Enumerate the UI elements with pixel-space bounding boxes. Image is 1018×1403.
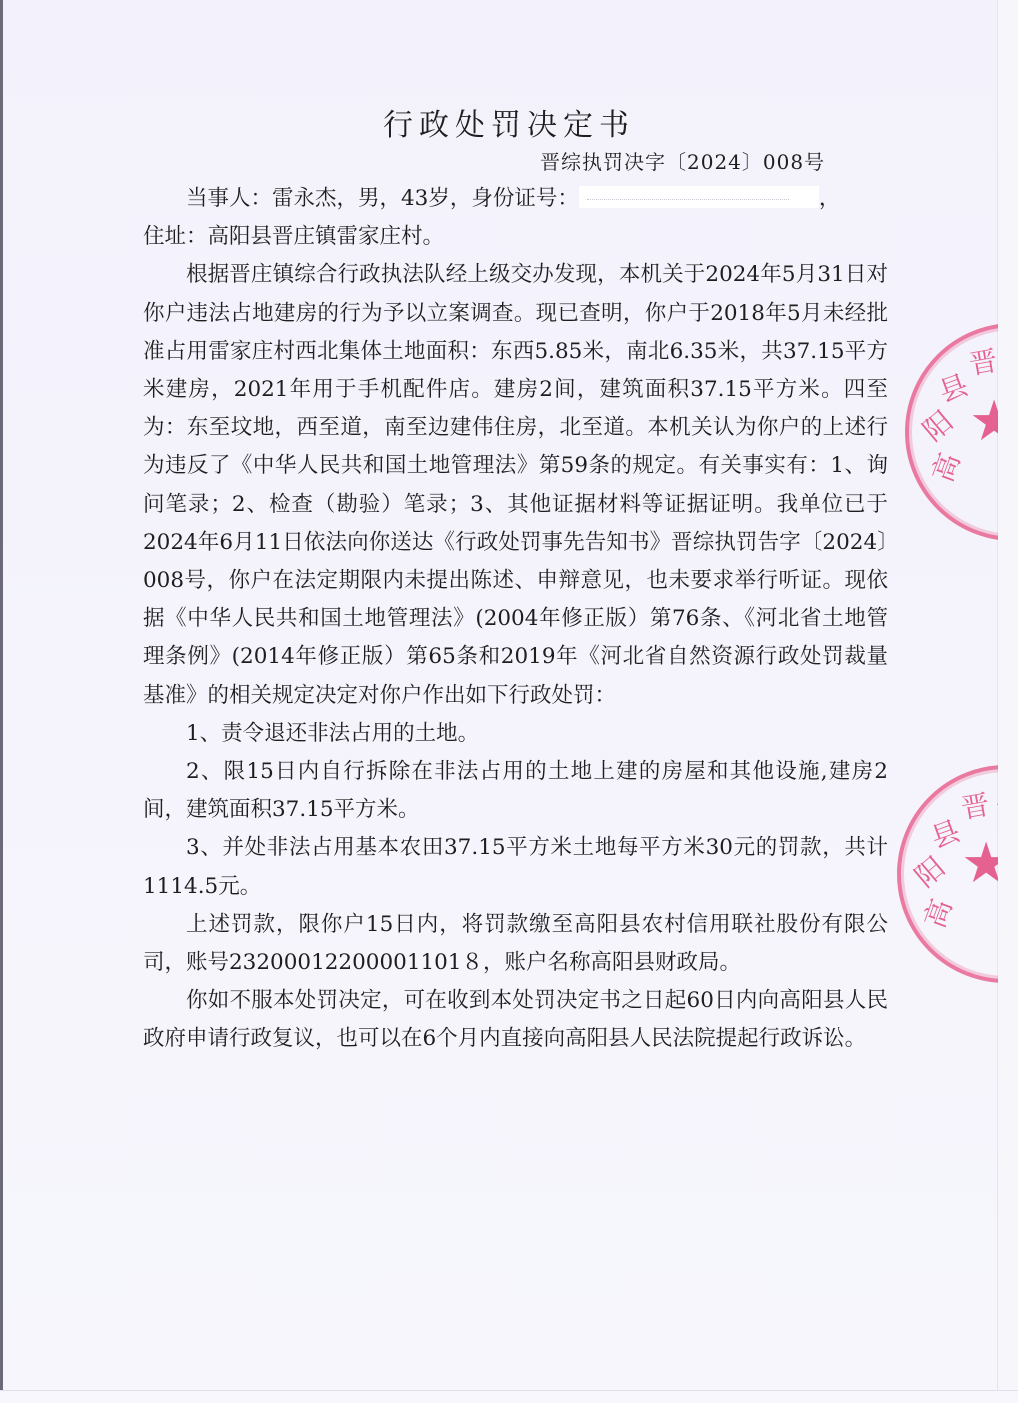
seal-star-icon: ★ [969, 389, 998, 454]
document-page: 行政处罚决定书 晋综执罚决字〔2024〕008号 当事人：雷永杰，男，43岁，身… [0, 0, 1018, 1403]
seal-text: 县 [925, 809, 965, 856]
seal-text: 晋 [958, 783, 993, 827]
official-seal-bottom: 高 阳 县 晋 庄 ★ [897, 765, 998, 983]
seal-text: 庄 [995, 772, 998, 814]
stamp-area: 高 阳 县 晋 庄 ★ 高 阳 县 晋 庄 ★ [0, 0, 998, 1403]
scan-edge-right [997, 0, 1018, 1403]
seal-text: 县 [933, 363, 973, 410]
official-seal-top: 高 阳 县 晋 庄 ★ [905, 323, 998, 541]
seal-text: 晋 [966, 339, 998, 383]
seal-star-icon: ★ [961, 831, 998, 896]
seal-text: 高 [921, 447, 968, 487]
seal-text: 高 [913, 893, 960, 933]
